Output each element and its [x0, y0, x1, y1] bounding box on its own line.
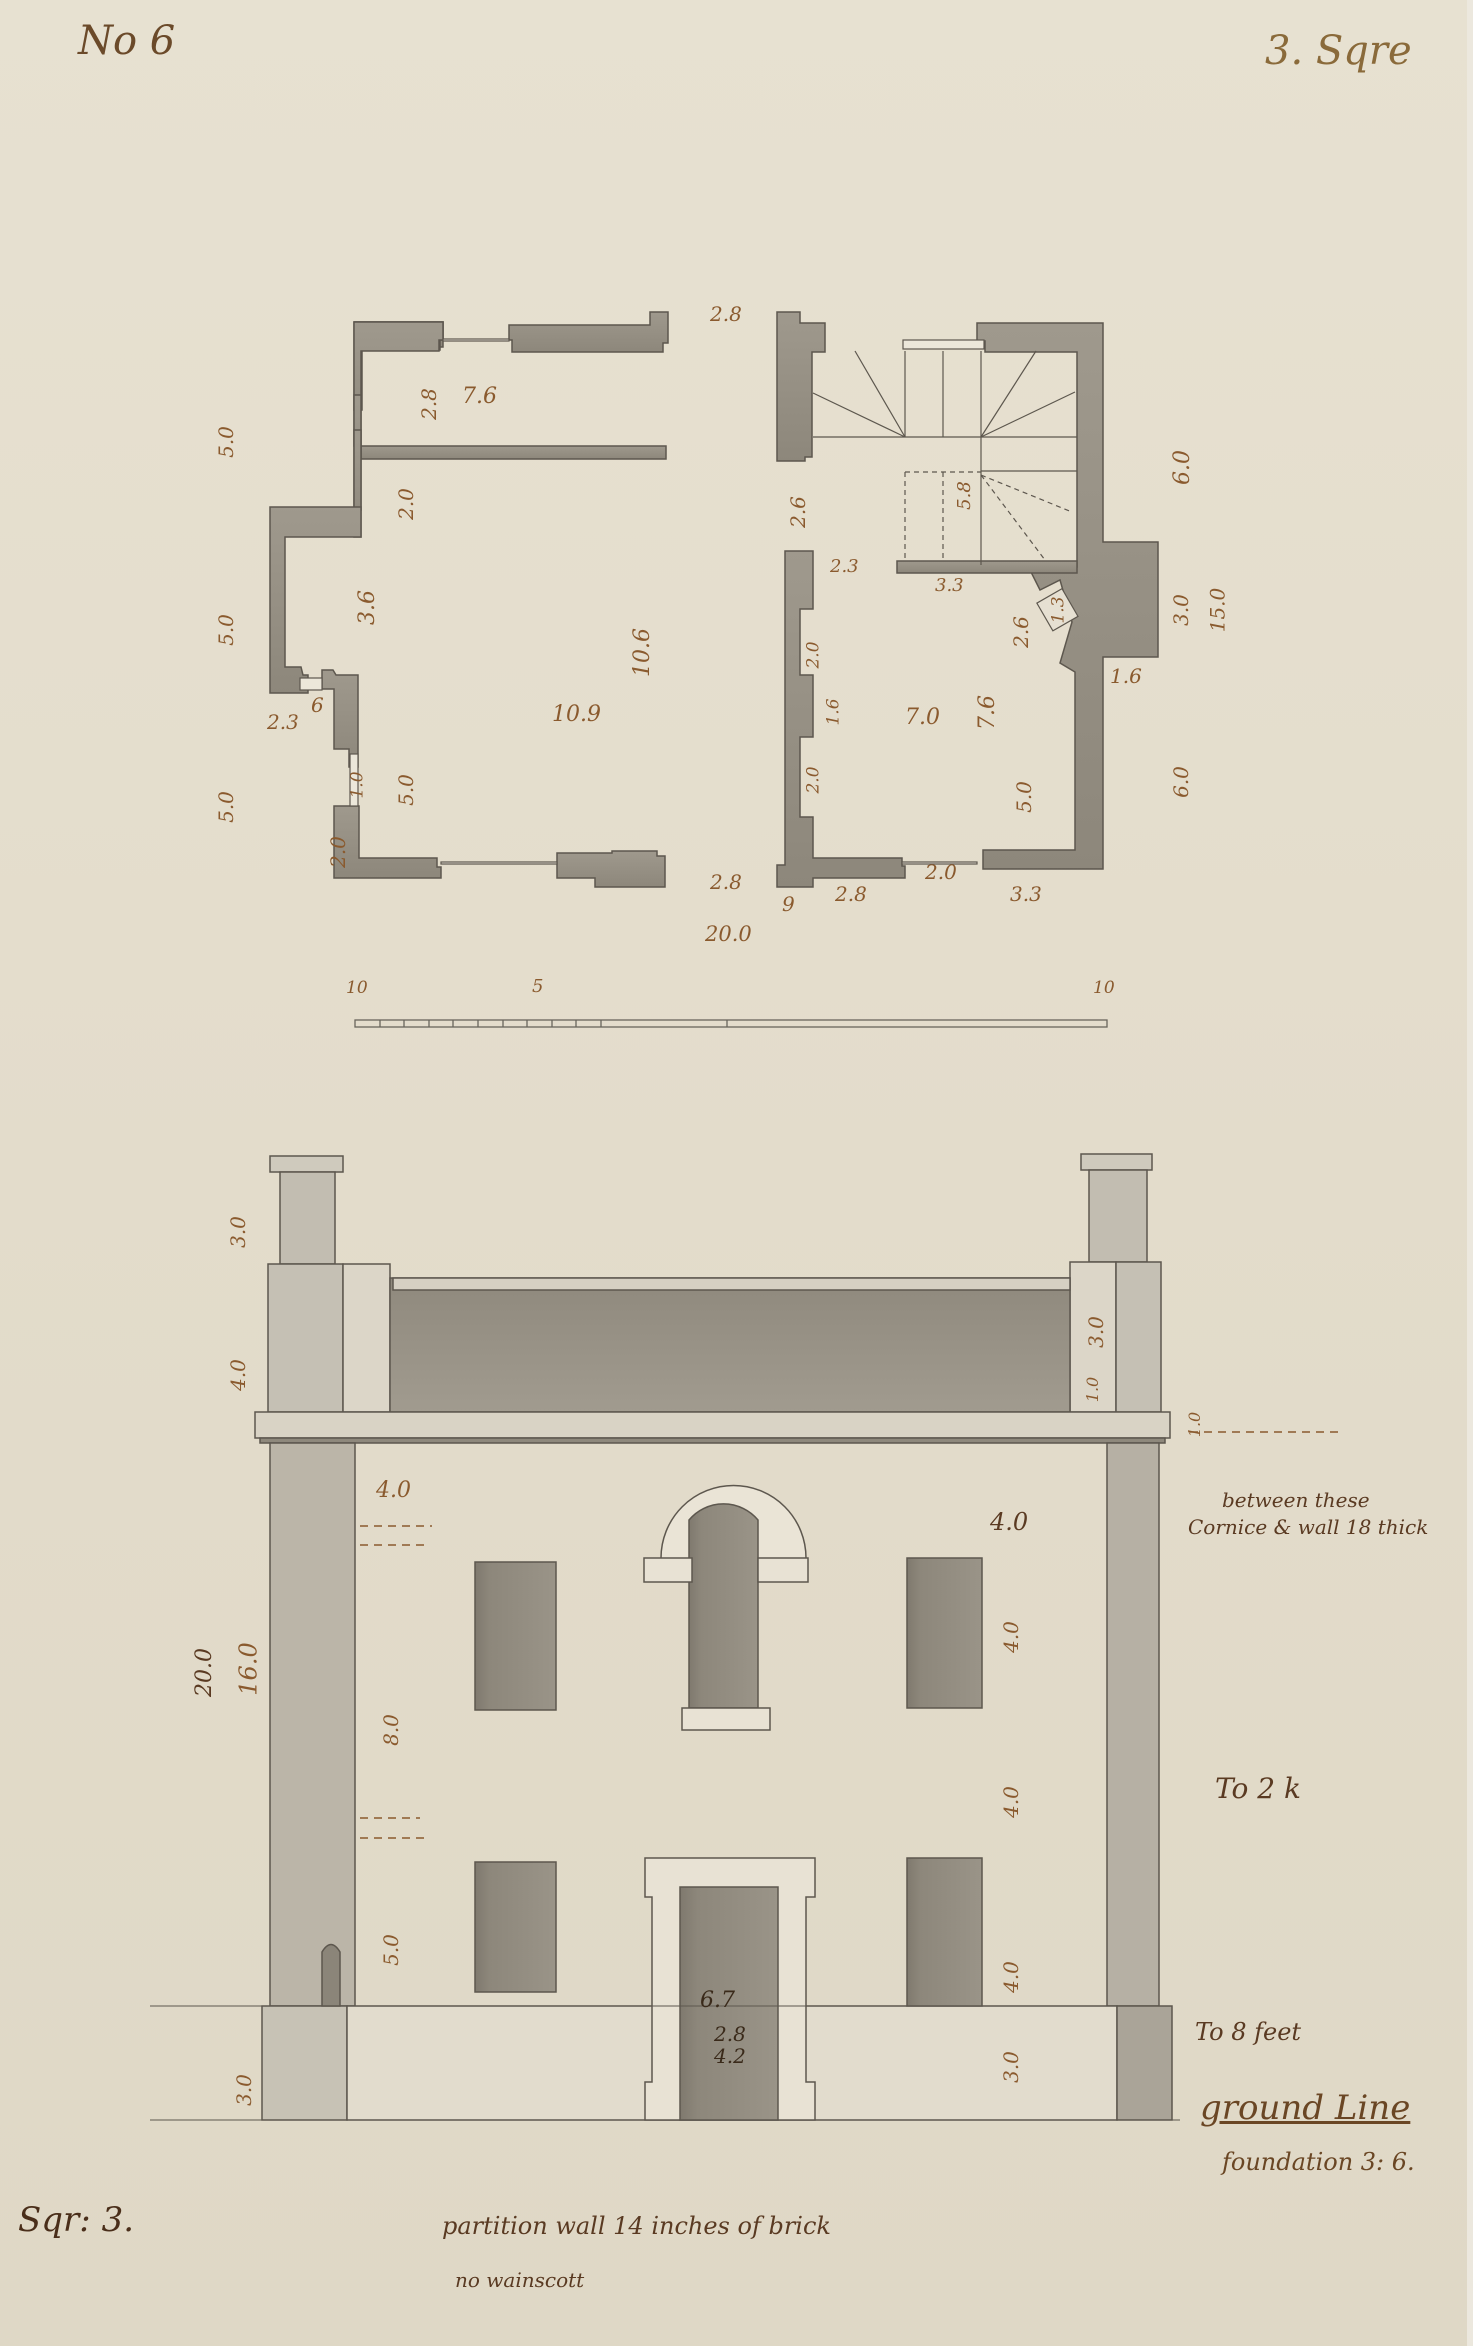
note-to-2k: To 2 k	[1215, 1772, 1301, 1805]
note-between-line1: between these	[1222, 1488, 1370, 1512]
front-elevation	[0, 0, 1473, 2346]
dim-wall-16-0: 16.0	[235, 1642, 263, 1695]
note-partition: partition wall 14 inches of brick	[442, 2212, 831, 2240]
note-ground-line: ground Line	[1200, 2088, 1410, 2128]
dim-base-3-0-left: 3.0	[232, 2074, 256, 2106]
note-to-8feet: To 8 feet	[1195, 2018, 1301, 2046]
note-wainscott: no wainscott	[455, 2268, 584, 2292]
dim-total-20-0: 20.0	[192, 1648, 217, 1697]
dim-door-2-8: 2.8	[714, 2022, 746, 2046]
bottom-left-label: Sqr: 3.	[18, 2200, 134, 2240]
dim-lower-4-0-right: 4.0	[999, 1961, 1023, 1993]
dim-door-6-7: 6.7	[700, 1988, 735, 2013]
note-foundation: foundation 3: 6.	[1222, 2148, 1415, 2176]
dim-mid-8-0: 8.0	[379, 1714, 403, 1746]
dim-chimney-3-0: 3.0	[226, 1216, 250, 1248]
dim-right-chimney-3-0: 3.0	[1084, 1316, 1108, 1348]
dim-door-4-2: 4.2	[714, 2044, 746, 2068]
note-between-line2: Cornice & wall 18 thick	[1188, 1515, 1428, 1539]
dim-right-chimney-1-0: 1.0	[1083, 1377, 1102, 1402]
dim-upper-4-0-right: 4.0	[990, 1508, 1028, 1536]
dim-parapet-4-0: 4.0	[226, 1359, 250, 1391]
dim-lower-5-0: 5.0	[379, 1934, 403, 1966]
dim-base-3-0-right: 3.0	[999, 2051, 1023, 2083]
dim-upper-4-0-left: 4.0	[376, 1478, 411, 1503]
dim-window-4-0-right: 4.0	[999, 1621, 1023, 1653]
dim-mid-4-0-right: 4.0	[999, 1786, 1023, 1818]
dim-right-1-0: 1.0	[1185, 1412, 1204, 1437]
